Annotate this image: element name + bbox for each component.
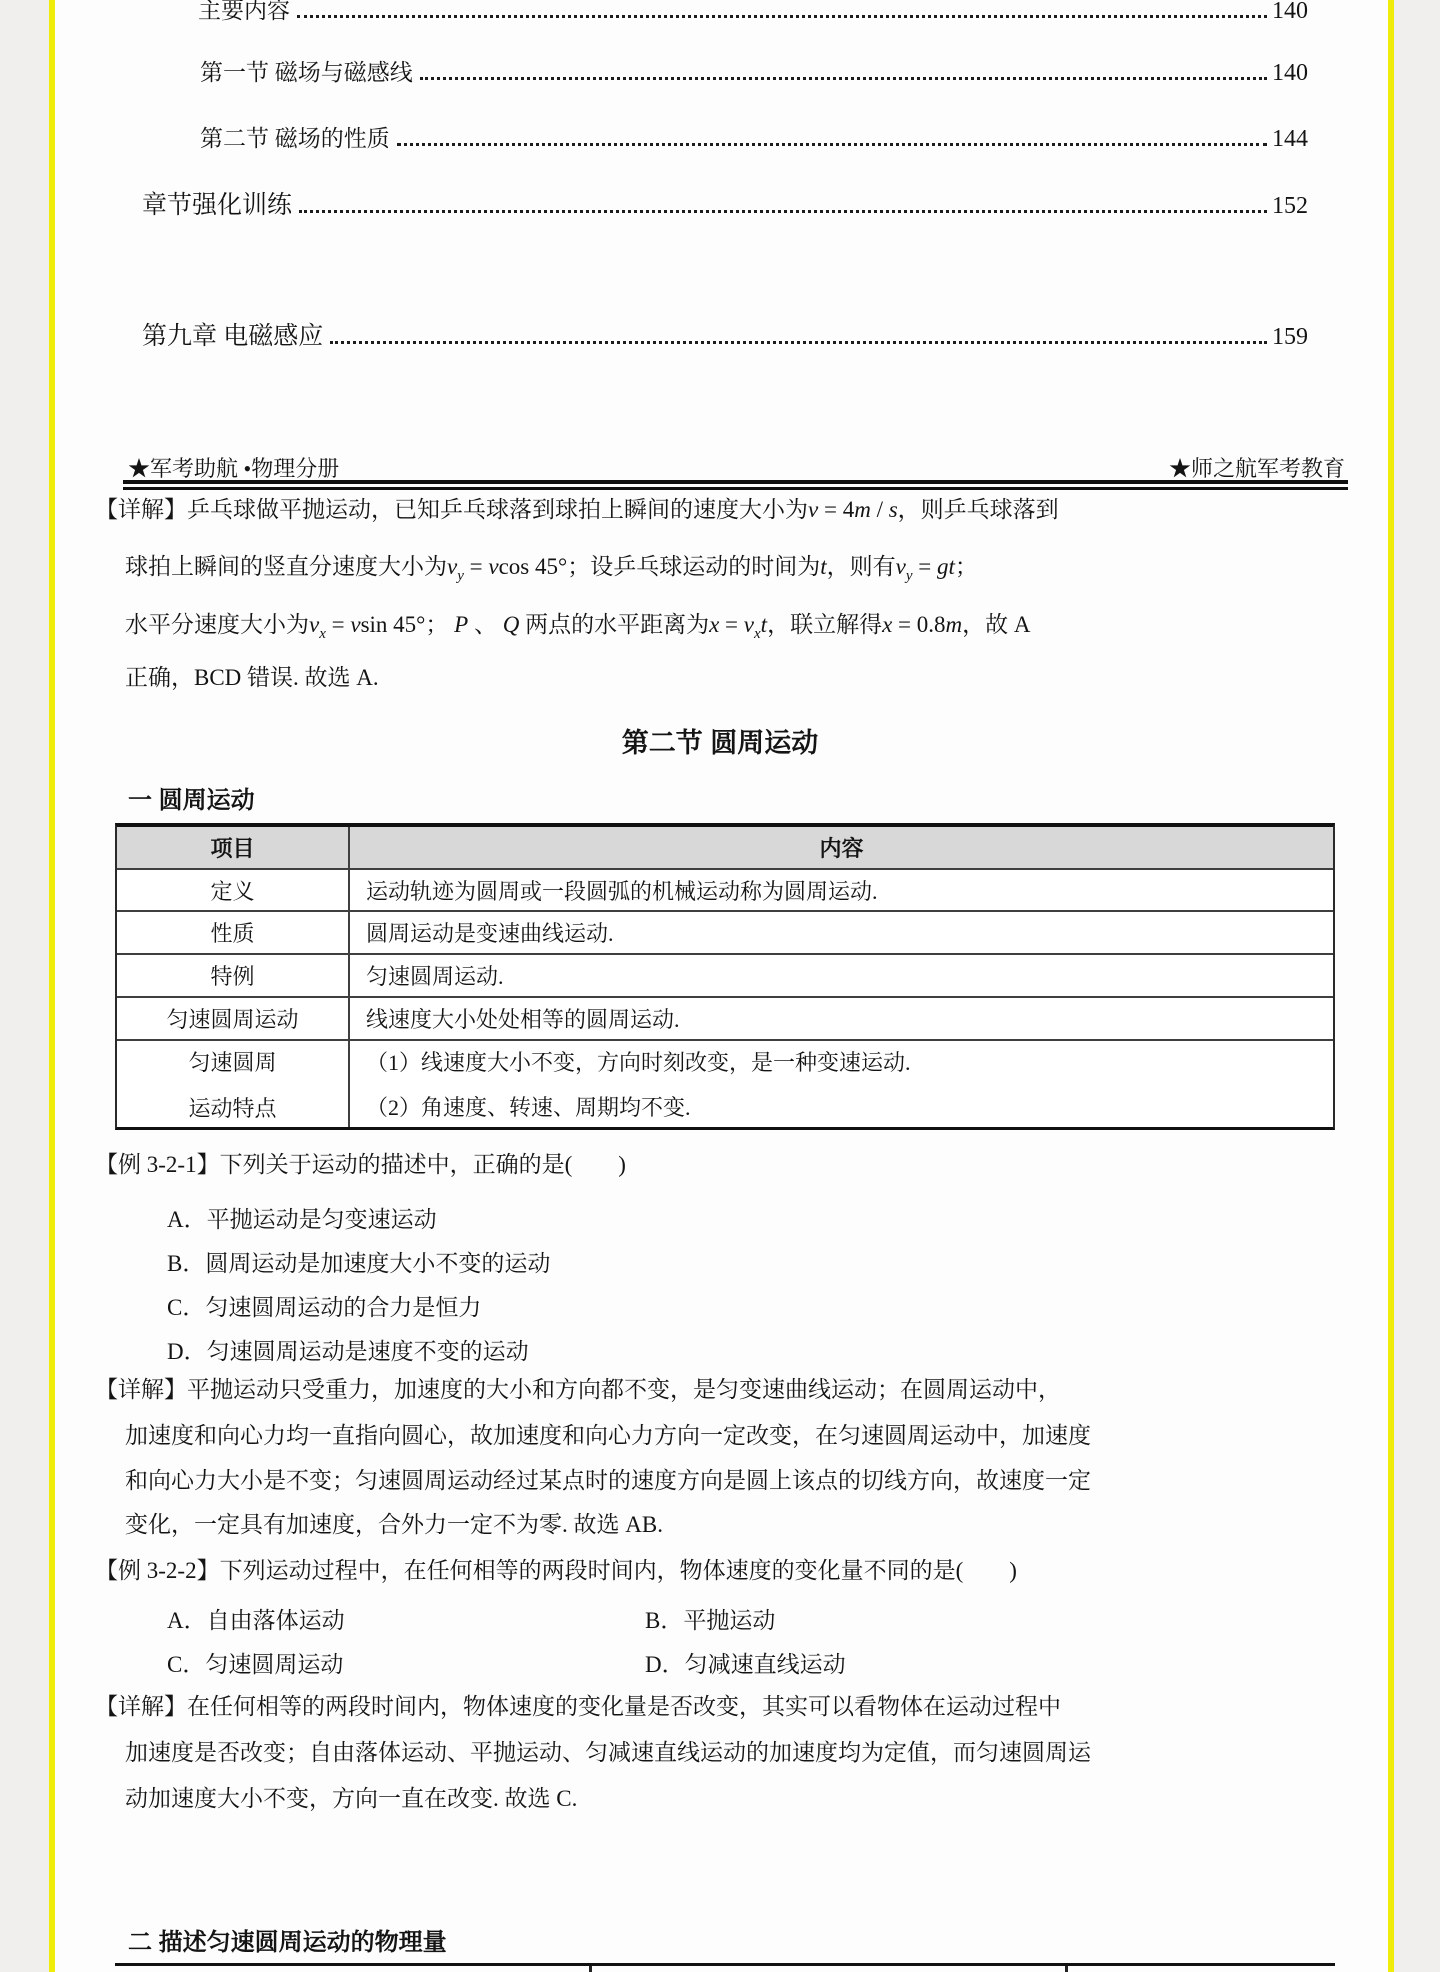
example-option: B．圆周运动是加速度大小不变的运动 <box>167 1245 550 1278</box>
solution-line: 水平分速度大小为vx = vsin 45°； P 、 Q 两点的水平距离为x =… <box>125 610 1031 649</box>
solution-line: 变化，一定具有加速度，合外力一定不为零. 故选 AB. <box>125 1510 663 1540</box>
toc-entry: 第二节 磁场的性质 144 <box>200 120 1308 150</box>
example-option: D．匀速圆周运动是速度不变的运动 <box>167 1333 529 1366</box>
right-margin-stripe <box>1388 0 1394 1972</box>
toc-entry-label: 主要内容 <box>198 0 290 25</box>
table-item-cell: 匀速圆周运动 <box>117 998 350 1039</box>
toc-page-number: 159 <box>1272 324 1308 351</box>
toc-page-number: 144 <box>1272 126 1308 153</box>
table-item-cell: 定义 <box>117 870 350 910</box>
table-header-cell: 内容 <box>350 827 1333 868</box>
toc-entry-label: 第一节 磁场与磁感线 <box>200 54 413 87</box>
table-row: 性质 圆周运动是变速曲线运动. <box>117 910 1333 953</box>
table-content-cell: 运动轨迹为圆周或一段圆弧的机械运动称为圆周运动. <box>350 870 1333 910</box>
table-row: 特例 匀速圆周运动. <box>117 953 1333 996</box>
example-option: C．匀速圆周运动的合力是恒力 <box>167 1289 481 1322</box>
next-table-column-divider <box>589 1966 592 1972</box>
solution-line: 正确，BCD 错误. 故选 A. <box>125 663 379 693</box>
toc-page-number: 152 <box>1272 193 1308 220</box>
toc-page-number: 140 <box>1272 0 1308 25</box>
toc-dot-leader <box>297 15 1267 18</box>
subsection-heading: 二 描述匀速圆周运动的物理量 <box>128 1922 447 1957</box>
solution-line: 球拍上瞬间的竖直分速度大小为vy = vcos 45°；设乒乓球运动的时间为t，… <box>125 552 978 591</box>
table-header-row: 项目 内容 <box>117 827 1333 868</box>
table-item-cell: 匀速圆周 运动特点 <box>117 1041 350 1127</box>
toc-entry-label: 第九章 电磁感应 <box>142 316 323 352</box>
left-margin-stripe <box>49 0 55 1972</box>
table-item-cell: 特例 <box>117 955 350 996</box>
subsection-heading: 一 圆周运动 <box>128 780 255 815</box>
table-item-cell: 性质 <box>117 912 350 953</box>
toc-entry: 主要内容 140 <box>198 0 1308 22</box>
example-option: A．自由落体运动 <box>167 1602 345 1635</box>
solution-line: 【详解】在任何相等的两段时间内，物体速度的变化量是否改变，其实可以看物体在运动过… <box>95 1692 1061 1722</box>
running-header-right: ★师之航军考教育 <box>1169 452 1345 483</box>
example-option: D．匀减速直线运动 <box>645 1646 846 1679</box>
next-table-top-edge <box>115 1963 1335 1972</box>
toc-dot-leader <box>299 210 1267 213</box>
solution-line: 动加速度大小不变，方向一直在改变. 故选 C. <box>125 1784 577 1814</box>
table-content-cell: 匀速圆周运动. <box>350 955 1333 996</box>
table-content-line: （2）角速度、转速、周期均不变. <box>366 1091 1317 1122</box>
table-header-cell: 项目 <box>117 827 350 868</box>
table-item-line: 匀速圆周 <box>188 1046 276 1077</box>
next-table-column-divider <box>1065 1966 1068 1972</box>
summary-table: 项目 内容 定义 运动轨迹为圆周或一段圆弧的机械运动称为圆周运动. 性质 圆周运… <box>115 823 1335 1130</box>
toc-entry: 章节强化训练 152 <box>142 185 1308 215</box>
table-content-cell: （1）线速度大小不变，方向时刻改变，是一种变速运动. （2）角速度、转速、周期均… <box>350 1041 1333 1127</box>
running-header-left: ★军考助航 •物理分册 <box>128 452 339 483</box>
solution-line: 【详解】平抛运动只受重力，加速度的大小和方向都不变，是匀变速曲线运动；在圆周运动… <box>95 1375 1061 1405</box>
table-row: 定义 运动轨迹为圆周或一段圆弧的机械运动称为圆周运动. <box>117 868 1333 910</box>
table-item-line: 运动特点 <box>188 1092 276 1123</box>
example-title: 【例 3-2-2】下列运动过程中，在任何相等的两段时间内，物体速度的变化量不同的… <box>95 1556 1017 1586</box>
section-title: 第二节 圆周运动 <box>0 721 1440 760</box>
solution-line: 【详解】乒乓球做平抛运动，已知乒乓球落到球拍上瞬间的速度大小为v = 4m / … <box>95 495 1059 525</box>
example-option: C．匀速圆周运动 <box>167 1646 343 1679</box>
toc-dot-leader <box>330 341 1267 344</box>
toc-page-number: 140 <box>1272 60 1308 87</box>
table-content-cell: 线速度大小处处相等的圆周运动. <box>350 998 1333 1039</box>
solution-line: 和向心力大小是不变；匀速圆周运动经过某点时的速度方向是圆上该点的切线方向，故速度… <box>125 1466 1091 1496</box>
example-title: 【例 3-2-1】下列关于运动的描述中，正确的是( ) <box>95 1150 626 1180</box>
header-double-rule <box>123 480 1348 490</box>
table-content-line: （1）线速度大小不变，方向时刻改变，是一种变速运动. <box>366 1046 1317 1077</box>
toc-dot-leader <box>420 77 1267 80</box>
table-row: 匀速圆周 运动特点 （1）线速度大小不变，方向时刻改变，是一种变速运动. （2）… <box>117 1039 1333 1127</box>
toc-entry: 第九章 电磁感应 159 <box>142 316 1308 346</box>
example-option: B．平抛运动 <box>645 1602 775 1635</box>
toc-dot-leader <box>397 143 1267 146</box>
table-row: 匀速圆周运动 线速度大小处处相等的圆周运动. <box>117 996 1333 1039</box>
solution-line: 加速度是否改变；自由落体运动、平抛运动、匀减速直线运动的加速度均为定值，而匀速圆… <box>125 1738 1091 1768</box>
table-content-cell: 圆周运动是变速曲线运动. <box>350 912 1333 953</box>
example-option: A．平抛运动是匀变速运动 <box>167 1201 437 1234</box>
scanned-page: 主要内容 140 第一节 磁场与磁感线 140 第二节 磁场的性质 144 章节… <box>0 0 1440 1972</box>
solution-line: 加速度和向心力均一直指向圆心，故加速度和向心力方向一定改变，在匀速圆周运动中，加… <box>125 1421 1091 1451</box>
toc-entry-label: 章节强化训练 <box>142 185 292 221</box>
toc-entry: 第一节 磁场与磁感线 140 <box>200 54 1308 84</box>
toc-entry-label: 第二节 磁场的性质 <box>200 120 390 153</box>
